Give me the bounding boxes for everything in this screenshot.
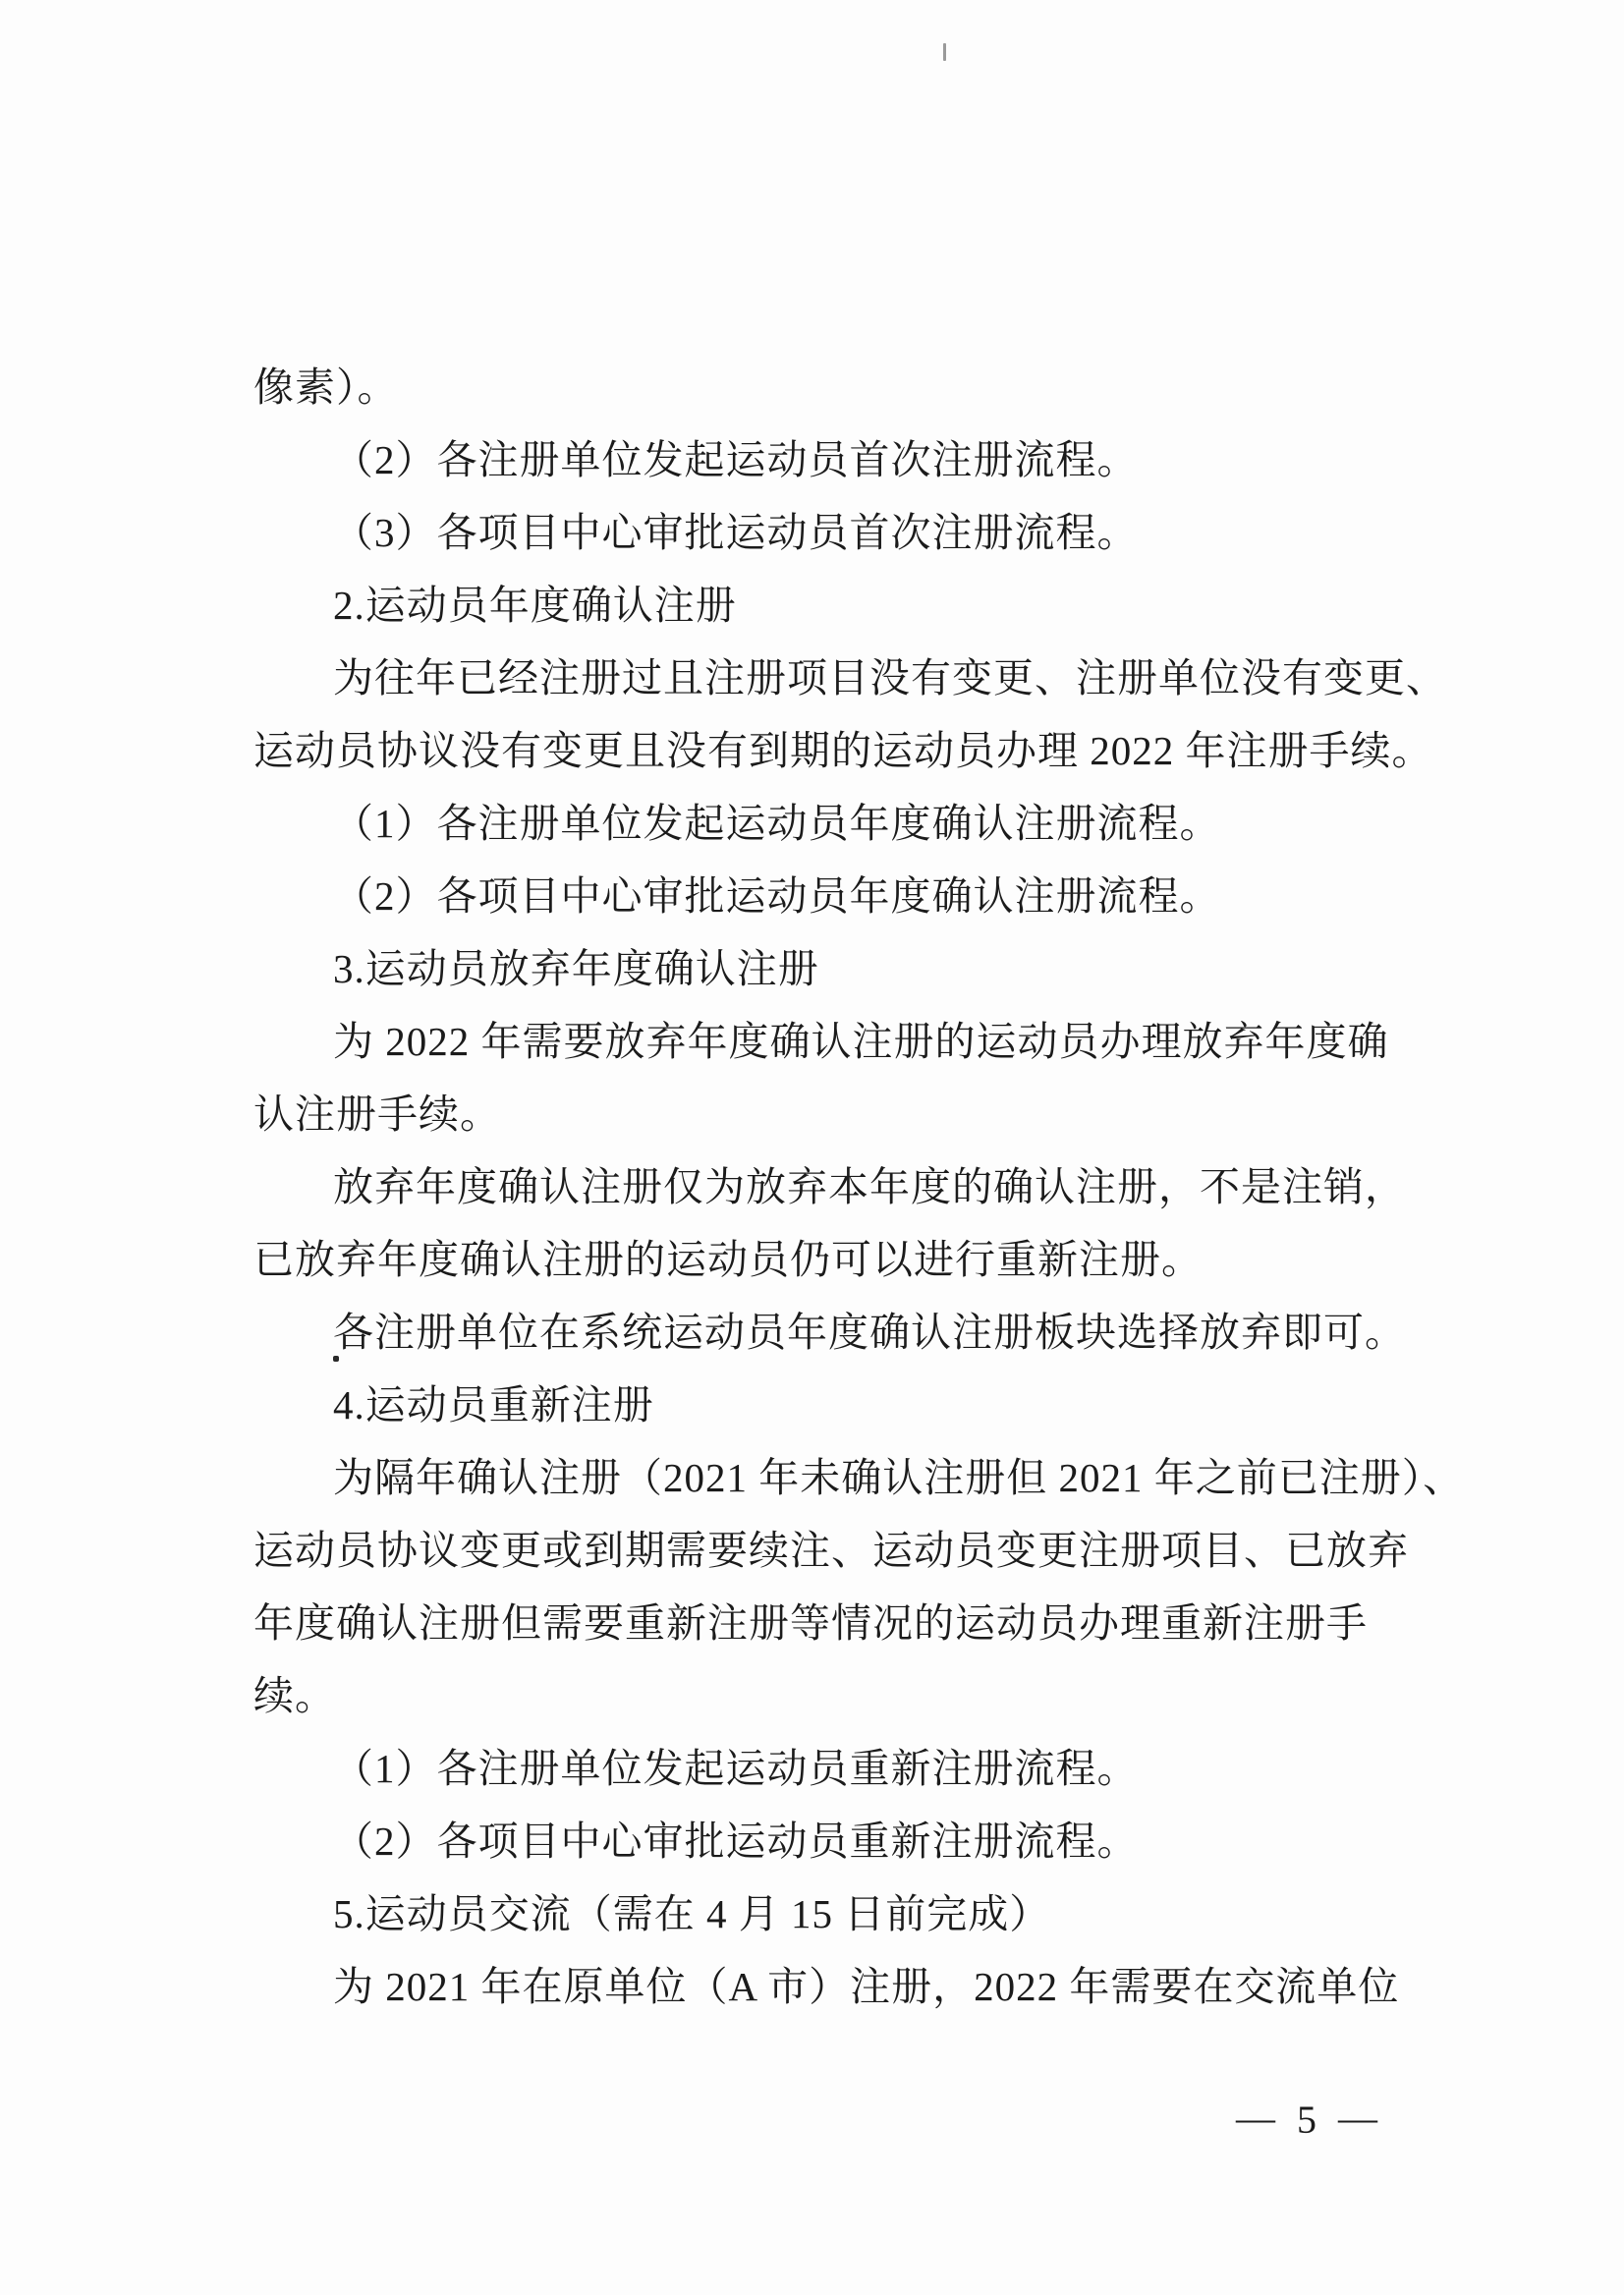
scan-artifact-speck: [943, 43, 946, 61]
text-line: 已放弃年度确认注册的运动员仍可以进行重新注册。: [253, 1239, 1203, 1280]
text-line: 认注册手续。: [253, 1093, 501, 1135]
text-line: 5.运动员交流（需在 4 月 15 日前完成）: [333, 1893, 1050, 1934]
text-line: 为 2021 年在原单位（A 市）注册，2022 年需要在交流单位: [333, 1966, 1399, 2007]
text-line: 各注册单位在系统运动员年度确认注册板块选择放弃即可。: [333, 1312, 1406, 1353]
text-line: （1）各注册单位发起运动员年度确认注册流程。: [333, 803, 1221, 844]
text-line: （1）各注册单位发起运动员重新注册流程。: [333, 1748, 1139, 1789]
scanned-document-page: 像素）。 （2）各注册单位发起运动员首次注册流程。 （3）各项目中心审批运动员首…: [0, 0, 1624, 2295]
text-line: （2）各注册单位发起运动员首次注册流程。: [333, 439, 1139, 480]
text-line: 3.运动员放弃年度确认注册: [333, 948, 819, 989]
text-line: 运动员协议变更或到期需要续注、运动员变更注册项目、已放弃: [253, 1530, 1409, 1571]
text-line: 为隔年确认注册（2021 年未确认注册但 2021 年之前已注册）、: [333, 1457, 1464, 1498]
text-line: 续。: [253, 1675, 336, 1716]
text-line: 像素）。: [253, 366, 399, 408]
text-line: （2）各项目中心审批运动员重新注册流程。: [333, 1820, 1139, 1862]
text-line: 放弃年度确认注册仅为放弃本年度的确认注册，不是注销，: [333, 1166, 1406, 1207]
text-line: 为往年已经注册过且注册项目没有变更、注册单位没有变更、: [333, 657, 1447, 699]
text-line: 为 2022 年需要放弃年度确认注册的运动员办理放弃年度确: [333, 1021, 1389, 1062]
scan-artifact-dot: [333, 1356, 339, 1362]
footer-dash-left: —: [1236, 2095, 1275, 2141]
text-line: 2.运动员年度确认注册: [333, 585, 737, 626]
text-line: （2）各项目中心审批运动员年度确认注册流程。: [333, 875, 1221, 917]
text-line: （3）各项目中心审批运动员首次注册流程。: [333, 512, 1139, 553]
page-footer: — 5 —: [1236, 2097, 1377, 2143]
page-number: 5: [1297, 2097, 1316, 2143]
footer-dash-right: —: [1338, 2095, 1377, 2141]
text-line: 运动员协议没有变更且没有到期的运动员办理 2022 年注册手续。: [253, 730, 1433, 771]
text-line: 4.运动员重新注册: [333, 1384, 654, 1426]
text-line: 年度确认注册但需要重新注册等情况的运动员办理重新注册手: [253, 1602, 1368, 1644]
